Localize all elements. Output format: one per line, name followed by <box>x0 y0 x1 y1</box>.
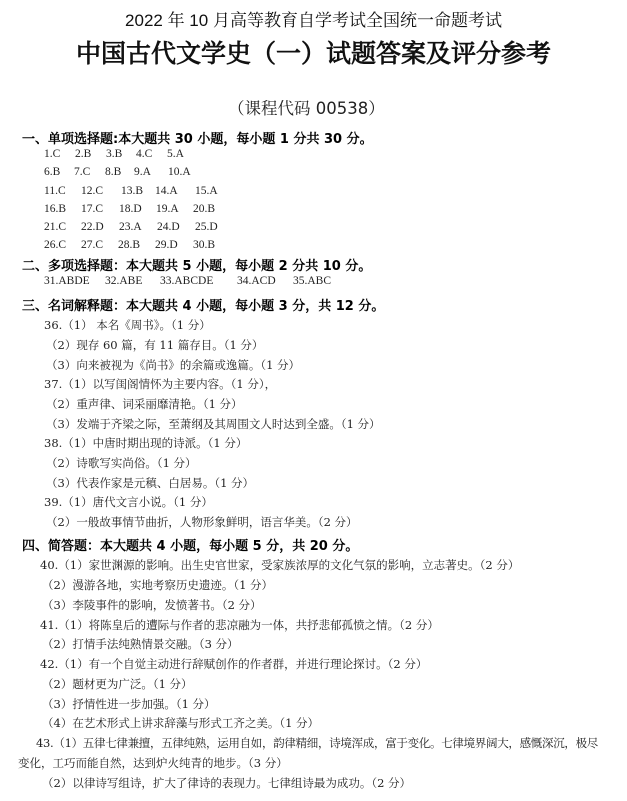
answer-item: 14.A <box>155 185 195 197</box>
document-title: 中国古代文学史（一）试题答案及评分参考 <box>0 34 627 70</box>
answer-line: （2）诗歌写实尚俗。（1 分） <box>46 455 197 471</box>
answer-item: 31.ABDE <box>44 275 105 287</box>
answer-line: （4）在艺术形式上讲求辞藻与形式工齐之美。（1 分） <box>42 715 319 731</box>
answer-line: （3）向来被视为《尚书》的余篇或逸篇。（1 分） <box>46 357 300 373</box>
answer-item: 10.A <box>168 166 191 178</box>
answer-item: 9.A <box>134 166 168 178</box>
answer-item: 4.C <box>136 148 167 160</box>
section-heading-term-explanation: 三、名词解释题：本大题共 4 小题，每小题 3 分，共 12 分。 <box>22 295 384 314</box>
answer-row: 6.B7.C8.B9.A10.A <box>44 166 191 178</box>
answer-line: 41.（1）将陈皇后的遭际与作者的悲凉融为一体，共抒悲郁孤愤之情。（2 分） <box>40 617 439 633</box>
answer-row: 16.B17.C18.D19.A20.B <box>44 203 215 215</box>
answer-item: 26.C <box>44 239 81 251</box>
answer-line: （2）一般故事情节曲折，人物形象鲜明，语言华美。（2 分） <box>46 514 358 530</box>
answer-line: （3）李陵事件的影响，发愤著书。（2 分） <box>42 597 262 613</box>
answer-item: 15.A <box>195 185 218 197</box>
answer-item: 34.ACD <box>237 275 293 287</box>
answer-line: （2）现存 60 篇，有 11 篇存目。（1 分） <box>46 337 263 353</box>
answer-item: 27.C <box>81 239 118 251</box>
answer-item: 19.A <box>156 203 193 215</box>
answer-item: 35.ABC <box>293 275 331 287</box>
answer-row: 21.C22.D23.A24.D25.D <box>44 221 218 233</box>
answer-line: 39.（1）唐代文言小说。（1 分） <box>44 494 213 510</box>
answer-item: 13.B <box>121 185 155 197</box>
answer-item: 23.A <box>119 221 157 233</box>
answer-item: 22.D <box>81 221 119 233</box>
answer-line: 40.（1）家世渊源的影响。出生史官世家，受家族浓厚的文化气氛的影响，立志著史。… <box>40 557 519 573</box>
section-heading-multiple-choice: 二、多项选择题：本大题共 5 小题，每小题 2 分共 10 分。 <box>22 255 371 274</box>
answer-line: （3）发端于齐梁之际，至萧纲及其周围文人时达到全盛。（1 分） <box>46 416 381 432</box>
answer-item: 29.D <box>155 239 193 251</box>
answer-line: 37.（1）以写闺阁情怀为主要内容。（1 分）， <box>44 376 276 392</box>
answer-item: 28.B <box>118 239 155 251</box>
answer-item: 8.B <box>105 166 134 178</box>
multiple-choice-answers: 31.ABDE32.ABE33.ABCDE34.ACD35.ABC <box>44 275 331 287</box>
answer-item: 21.C <box>44 221 81 233</box>
answer-item: 6.B <box>44 166 74 178</box>
answer-item: 3.B <box>106 148 136 160</box>
answer-item: 32.ABE <box>105 275 160 287</box>
answer-item: 24.D <box>157 221 195 233</box>
answer-line: （2）以律诗写组诗，扩大了律诗的表现力。七律组诗最为成功。（2 分） <box>42 775 411 791</box>
answer-line: （2）打情手法纯熟情景交融。（3 分） <box>42 636 239 652</box>
answer-line: 42.（1）有一个自觉主动进行辞赋创作的作者群，并进行理论探讨。（2 分） <box>40 656 427 672</box>
answer-item: 17.C <box>81 203 119 215</box>
answer-row: 11.C12.C13.B14.A15.A <box>44 185 218 197</box>
section-heading-single-choice: 一、单项选择题:本大题共 30 小题，每小题 1 分共 30 分。 <box>22 128 373 147</box>
answer-item: 33.ABCDE <box>160 275 237 287</box>
answer-line: （2）重声律、词采丽靡清艳。（1 分） <box>46 396 243 412</box>
course-code: （课程代码 00538） <box>228 95 385 119</box>
answer-item: 5.A <box>167 148 184 160</box>
answer-item: 12.C <box>81 185 121 197</box>
answer-item: 2.B <box>75 148 106 160</box>
exam-line: 2022 年 10 月高等教育自学考试全国统一命题考试 <box>0 6 627 31</box>
answer-item: 7.C <box>74 166 105 178</box>
answer-item: 11.C <box>44 185 81 197</box>
answer-line: （2）题材更为广泛。（1 分） <box>42 676 193 692</box>
answer-item: 1.C <box>44 148 75 160</box>
answer-line: （2）漫游各地，实地考察历史遗迹。（1 分） <box>42 577 273 593</box>
answer-item: 30.B <box>193 239 215 251</box>
answer-item: 18.D <box>119 203 156 215</box>
answer-item: 20.B <box>193 203 215 215</box>
answer-line: 38.（1）中唐时期出现的诗派。（1 分） <box>44 435 247 451</box>
answer-line: 36.（1） 本名《周书》。（1 分） <box>44 317 211 333</box>
answer-line: 43.（1）五律七律兼擅，五律纯熟，运用自如，韵律精细，诗境浑成，富于变化。七律… <box>36 735 598 751</box>
answer-line: 变化，工巧而能自然，达到炉火纯青的地步。（3 分） <box>18 755 288 771</box>
section-heading-short-answer: 四、简答题：本大题共 4 小题，每小题 5 分，共 20 分。 <box>22 535 358 554</box>
answer-row: 26.C27.C28.B29.D30.B <box>44 239 215 251</box>
answer-line: （3）抒情性进一步加强。（1 分） <box>42 696 216 712</box>
answer-item: 25.D <box>195 221 218 233</box>
answer-line: （3）代表作家是元稹、白居易。（1 分） <box>46 475 254 491</box>
answer-item: 16.B <box>44 203 81 215</box>
answer-row: 1.C2.B3.B4.C5.A <box>44 148 184 160</box>
